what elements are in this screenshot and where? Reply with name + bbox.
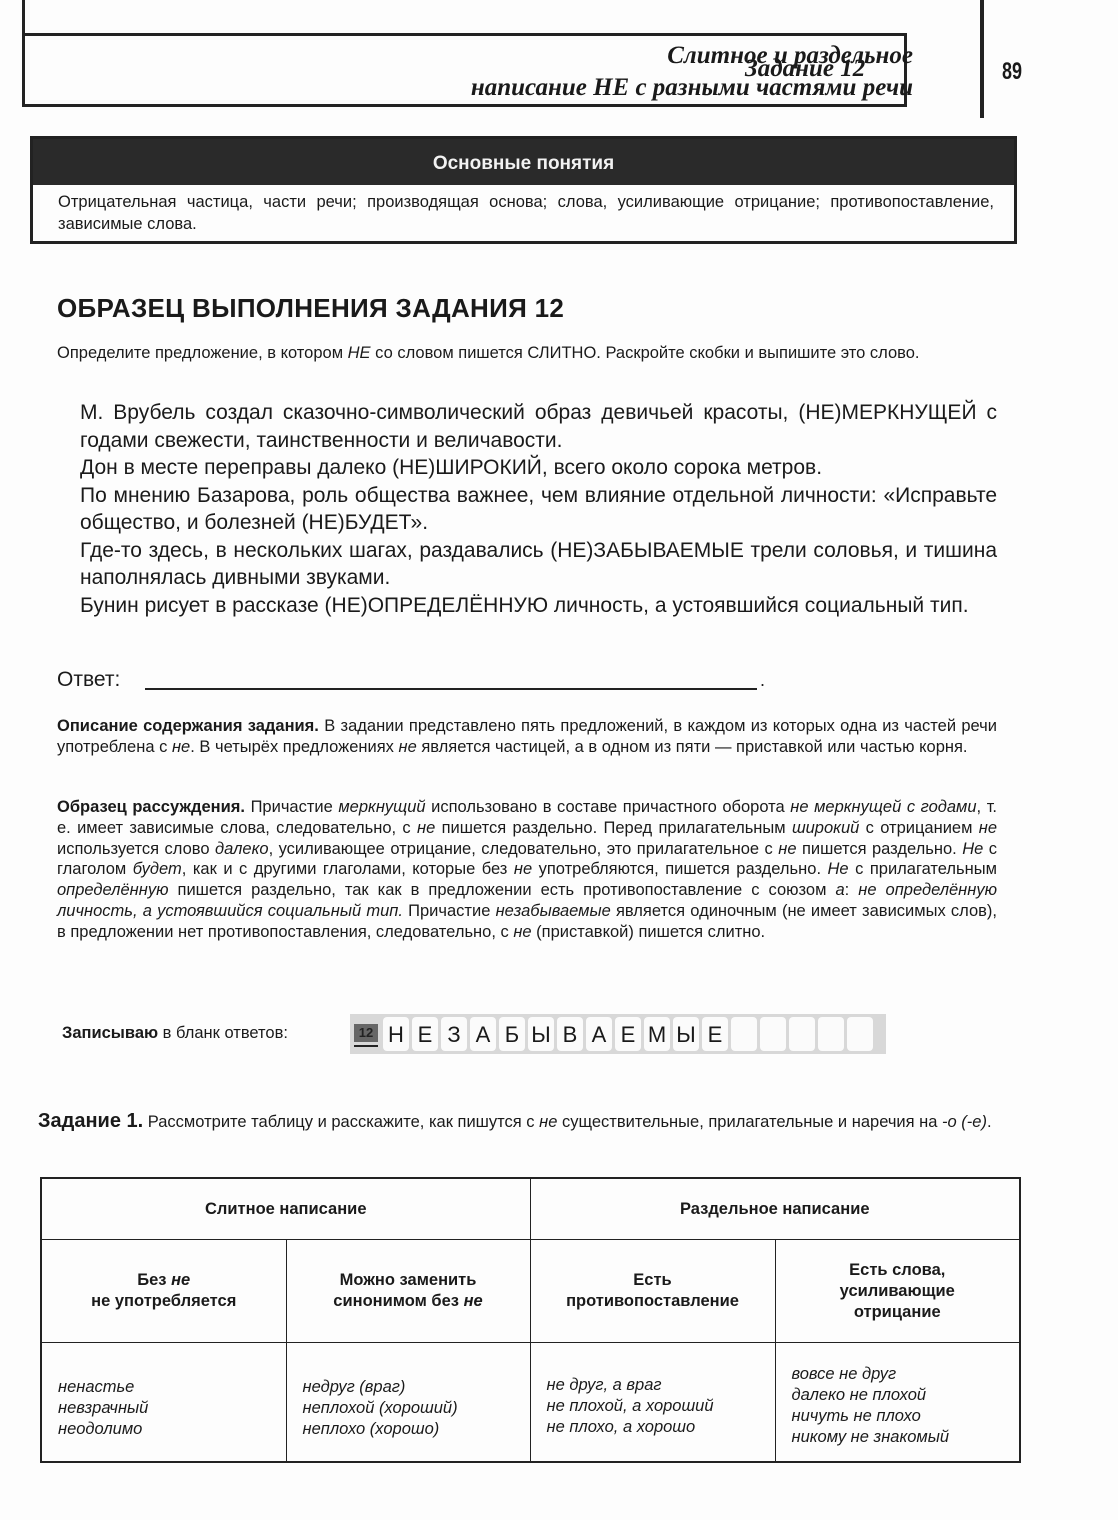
task-label: Задание 12	[745, 55, 865, 83]
description-text: . В четырёх предложениях	[190, 738, 398, 756]
reasoning-emphasis: меркнущий	[338, 798, 425, 816]
sentence-2: Дон в месте переправы далеко (НЕ)ШИРОКИЙ…	[80, 454, 997, 482]
column-header: Без нене употребляется	[41, 1240, 286, 1343]
reasoning-text: Причастие	[403, 902, 496, 920]
page-margin-rule	[980, 0, 984, 118]
examples-cell: вовсе не другдалеко не плохойничуть не п…	[775, 1343, 1020, 1463]
answer-cell[interactable]: Ы	[673, 1017, 699, 1051]
example-item: неодолимо	[58, 1419, 286, 1440]
answer-cell[interactable]: Н	[383, 1017, 409, 1051]
reasoning-emphasis: не	[514, 860, 532, 878]
answer-cell[interactable]: Е	[702, 1017, 728, 1051]
key-concepts-title: Основные понятия	[33, 139, 1014, 185]
description-label: Описание содержания задания.	[57, 717, 319, 735]
answer-cell[interactable]	[731, 1017, 757, 1051]
reasoning-text: Причастие меркнущий использовано в соста…	[57, 798, 997, 941]
answer-cell[interactable]: М	[644, 1017, 670, 1051]
examples-cell: не друг, а врагне плохой, а хорошийне пл…	[530, 1343, 775, 1463]
answer-cell[interactable]: Е	[412, 1017, 438, 1051]
reasoning-text: пишется раздельно, так как в предложении…	[168, 881, 835, 899]
description-emphasis: не	[398, 738, 416, 756]
sentence-1: М. Врубель создал сказочно-символический…	[80, 399, 997, 454]
spelling-rules-table: Слитное написание Раздельное написание Б…	[40, 1177, 1021, 1463]
table-column-header-row: Без нене употребляетсяМожно заменитьсино…	[41, 1240, 1020, 1343]
answer-cell[interactable]: Ы	[528, 1017, 554, 1051]
answer-period: .	[760, 670, 765, 691]
key-concepts-text: Отрицательная частица, части речи; произ…	[58, 191, 994, 235]
sentence-list: М. Врубель создал сказочно-символический…	[80, 399, 997, 619]
example-item: недруг (враг)	[303, 1377, 530, 1398]
example-item: не друг, а враг	[547, 1375, 775, 1396]
example-item: неплохой (хороший)	[303, 1398, 530, 1419]
task-1-prompt: Задание 1. Рассмотрите таблицу и расскаж…	[38, 1110, 1023, 1133]
answer-sheet-label-text: в бланк ответов:	[158, 1024, 288, 1042]
column-header: Можно заменитьсинонимом без не	[286, 1240, 530, 1343]
task-description: Описание содержания задания. В задании п…	[57, 716, 997, 758]
reasoning-emphasis: не	[417, 819, 435, 837]
task-1-emphasis: не	[539, 1113, 557, 1131]
reasoning-text: использовано в составе причастного оборо…	[426, 798, 791, 816]
page-number: 89	[1002, 58, 1022, 86]
reasoning-text: пишется раздельно.	[797, 840, 963, 858]
answer-cell[interactable]	[760, 1017, 786, 1051]
reasoning-text: с прилагательным	[849, 860, 997, 878]
task-1-text: .	[987, 1113, 992, 1131]
column-header: Естьпротивопоставление	[530, 1240, 775, 1343]
sentence-4: Где-то здесь, в нескольких шагах, раздав…	[80, 537, 997, 592]
answer-cell[interactable]: Е	[615, 1017, 641, 1051]
table-row: ненастьеневзрачныйнеодолимонедруг (враг)…	[41, 1343, 1020, 1463]
reasoning-emphasis: далеко	[215, 840, 269, 858]
key-concepts-box: Основные понятия Отрицательная частица, …	[30, 136, 1017, 244]
reasoning-emphasis: не	[778, 840, 796, 858]
answer-field[interactable]	[145, 688, 757, 690]
answer-sheet-cells: НЕЗАБЫВАЕМЫЕ	[383, 1017, 873, 1051]
sample-reasoning: Образец рассуждения. Причастие меркнущий…	[57, 797, 997, 943]
answer-cell[interactable]	[818, 1017, 844, 1051]
reasoning-text: , усиливающее отрицание, следовательно, …	[269, 840, 779, 858]
reasoning-label: Образец рассуждения.	[57, 798, 245, 816]
example-item: далеко не плохой	[792, 1385, 1020, 1406]
reasoning-text: (приставкой) пишется слитно.	[532, 923, 766, 941]
example-item: не плохо, а хорошо	[547, 1417, 775, 1438]
reasoning-emphasis: незабываемые	[496, 902, 611, 920]
task-1-text: существительные, прилагательные и наречи…	[557, 1113, 942, 1131]
answer-cell[interactable]	[847, 1017, 873, 1051]
reasoning-emphasis: Не	[828, 860, 849, 878]
answer-label: Ответ:	[57, 668, 120, 692]
examples-cell: недруг (враг)неплохой (хороший)неплохо (…	[286, 1343, 530, 1463]
group-header-joined: Слитное написание	[41, 1178, 530, 1240]
answer-cell[interactable]	[789, 1017, 815, 1051]
answer-sheet-label: Записываю в бланк ответов:	[62, 1024, 288, 1043]
reasoning-text: Причастие	[245, 798, 338, 816]
example-item: ничуть не плохо	[792, 1406, 1020, 1427]
example-item: никому не знакомый	[792, 1427, 1020, 1448]
answer-sheet-label-bold: Записываю	[62, 1024, 158, 1042]
column-header: Есть слова,усиливающиеотрицание	[775, 1240, 1020, 1343]
answer-cell[interactable]: З	[441, 1017, 467, 1051]
instruction-text: со словом пишется СЛИТНО. Раскройте скоб…	[371, 344, 920, 362]
example-item: не плохой, а хороший	[547, 1396, 775, 1417]
reasoning-text: используется слово	[57, 840, 215, 858]
reasoning-emphasis: Не	[962, 840, 983, 858]
header-left-rule	[22, 0, 25, 36]
reasoning-text: употребляются, пишется раздельно.	[532, 860, 827, 878]
answer-cell[interactable]: В	[557, 1017, 583, 1051]
reasoning-emphasis: не	[979, 819, 997, 837]
reasoning-text: :	[845, 881, 859, 899]
sample-heading: ОБРАЗЕЦ ВЫПОЛНЕНИЯ ЗАДАНИЯ 12	[57, 293, 564, 324]
reasoning-emphasis: а	[835, 881, 844, 899]
example-item: неплохо (хорошо)	[303, 1419, 530, 1440]
reasoning-text: с отрицанием	[859, 819, 978, 837]
example-item: ненастье	[58, 1377, 286, 1398]
answer-sheet-task-number: 12	[354, 1024, 378, 1042]
reasoning-emphasis: будет	[133, 860, 182, 878]
answer-cell[interactable]: А	[470, 1017, 496, 1051]
examples-cell: ненастьеневзрачныйнеодолимо	[41, 1343, 286, 1463]
task-number-underline	[354, 1045, 378, 1047]
answer-cell[interactable]: А	[586, 1017, 612, 1051]
task-instruction: Определите предложение, в котором НЕ со …	[57, 339, 997, 367]
task-1-label: Задание 1.	[38, 1110, 143, 1132]
reasoning-emphasis: не меркнущей с годами	[790, 798, 976, 816]
reasoning-emphasis: широкий	[792, 819, 859, 837]
reasoning-text: , как и с другими глаголами, которые без	[182, 860, 514, 878]
table-group-row: Слитное написание Раздельное написание	[41, 1178, 1020, 1240]
description-emphasis: не	[172, 738, 190, 756]
instruction-emphasis: НЕ	[348, 344, 371, 362]
task-1-text: Рассмотрите таблицу и расскажите, как пи…	[143, 1113, 539, 1131]
sentence-5: Бунин рисует в рассказе (НЕ)ОПРЕДЕЛЁННУЮ…	[80, 592, 997, 620]
group-header-separate: Раздельное написание	[530, 1178, 1020, 1240]
reasoning-text: пишется раздельно. Перед прилагательным	[435, 819, 792, 837]
answer-sheet-form: 12 НЕЗАБЫВАЕМЫЕ	[350, 1014, 886, 1054]
reasoning-emphasis: не	[513, 923, 531, 941]
reasoning-emphasis: определённую	[57, 881, 168, 899]
example-item: невзрачный	[58, 1398, 286, 1419]
description-text: является частицей, а в одном из пяти — п…	[417, 738, 968, 756]
example-item: вовсе не друг	[792, 1364, 1020, 1385]
sentence-3: По мнению Базарова, роль общества важнее…	[80, 482, 997, 537]
task-1-emphasis: -о (-е)	[942, 1113, 987, 1131]
instruction-text: Определите предложение, в котором	[57, 344, 348, 362]
answer-cell[interactable]: Б	[499, 1017, 525, 1051]
